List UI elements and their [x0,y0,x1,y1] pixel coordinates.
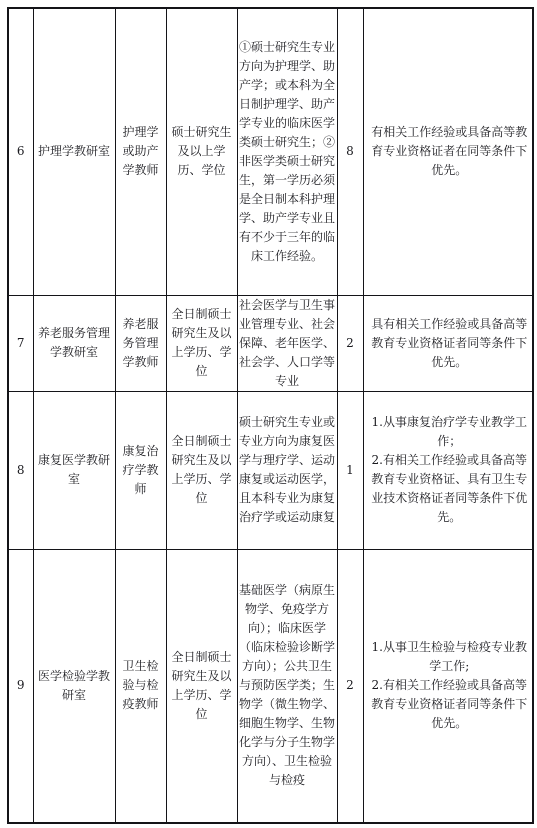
cell-position: 养老服务管理学教师 [115,295,166,391]
table-row: 9 医学检验学教研室 卫生检验与检疫教师 全日制硕士研究生及以上学历、学位 基础… [8,549,533,823]
table-row: 6 护理学教研室 护理学或助产学教师 硕士研究生及以上学历、学位 ①硕士研究生专… [8,8,533,295]
cell-education: 全日制硕士研究生及以上学历、学位 [166,549,237,823]
cell-requirements: 1.从事康复治疗学专业教学工作； 2.有相关工作经验或具备高等教育专业资格证、具… [363,391,533,549]
cell-position: 康复治疗学教师 [115,391,166,549]
cell-requirements: 1.从事卫生检验与检疫专业教学工作; 2.有相关工作经验或具备高等教育专业资格证… [363,549,533,823]
cell-position: 护理学或助产学教师 [115,8,166,295]
table-row: 7 养老服务管理学教研室 养老服务管理学教师 全日制硕士研究生及以上学历、学位 … [8,295,533,391]
cell-count: 2 [337,549,363,823]
recruitment-table: 6 护理学教研室 护理学或助产学教师 硕士研究生及以上学历、学位 ①硕士研究生专… [7,7,534,824]
cell-row-number: 7 [8,295,33,391]
cell-row-number: 6 [8,8,33,295]
cell-requirements: 具有相关工作经验或具备高等教育专业资格证者同等条件下优先。 [363,295,533,391]
cell-department: 医学检验学教研室 [33,549,115,823]
cell-position: 卫生检验与检疫教师 [115,549,166,823]
cell-row-number: 8 [8,391,33,549]
cell-requirements: 有相关工作经验或具备高等教育专业资格证者在同等条件下优先。 [363,8,533,295]
cell-major: ①硕士研究生专业方向为护理学、助产学；或本科为全日制护理学、助产学专业的临床医学… [237,8,337,295]
cell-count: 1 [337,391,363,549]
cell-department: 护理学教研室 [33,8,115,295]
document-page: 6 护理学教研室 护理学或助产学教师 硕士研究生及以上学历、学位 ①硕士研究生专… [0,0,537,828]
cell-row-number: 9 [8,549,33,823]
cell-education: 全日制硕士研究生及以上学历、学位 [166,295,237,391]
cell-department: 康复医学教研室 [33,391,115,549]
cell-count: 8 [337,8,363,295]
cell-major: 硕士研究生专业或专业方向为康复医学与理疗学、运动康复或运动医学，且本科专业为康复… [237,391,337,549]
cell-count: 2 [337,295,363,391]
cell-department: 养老服务管理学教研室 [33,295,115,391]
cell-major: 社会医学与卫生事业管理专业、社会保障、老年医学、社会学、人口学等专业 [237,295,337,391]
cell-major: 基础医学（病原生物学、免疫学方向）；临床医学（临床检验诊断学方向）；公共卫生与预… [237,549,337,823]
cell-education: 全日制硕士研究生及以上学历、学位 [166,391,237,549]
cell-education: 硕士研究生及以上学历、学位 [166,8,237,295]
table-row: 8 康复医学教研室 康复治疗学教师 全日制硕士研究生及以上学历、学位 硕士研究生… [8,391,533,549]
